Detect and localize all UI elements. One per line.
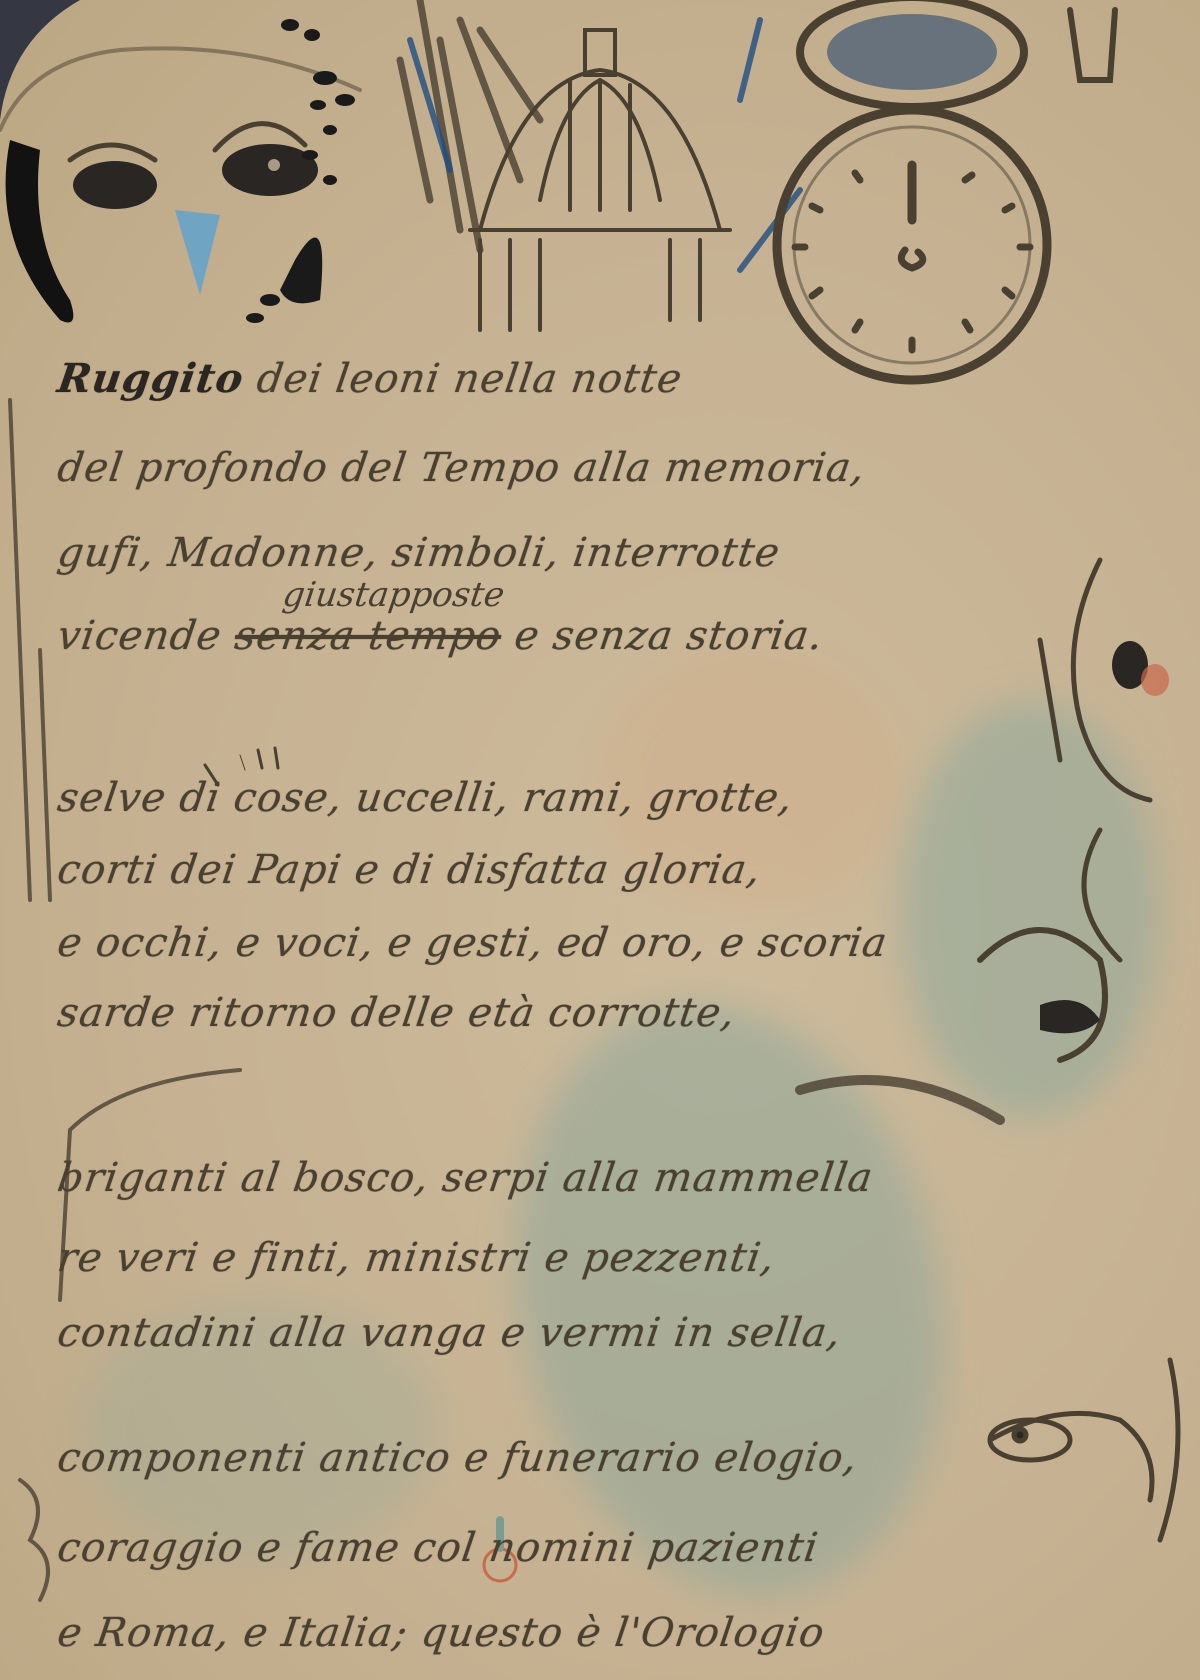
poem-line-4: vicende senza tempo e senza storia. bbox=[55, 613, 827, 659]
poem-line-5: selve di cose, uccelli, rami, grotte, bbox=[55, 775, 796, 821]
poem-line-1: Ruggito dei leoni nella notte bbox=[55, 355, 686, 402]
poem-line-14: e Roma, e Italia; questo è l'Orologio bbox=[55, 1610, 828, 1656]
grotesque-face-icon bbox=[800, 560, 1169, 1120]
illustrations bbox=[0, 0, 1200, 1680]
owl-face-icon bbox=[0, 0, 360, 323]
poem-line-6: corti dei Papi e di disfatta gloria, bbox=[55, 847, 764, 893]
poem-title-word: Ruggito bbox=[55, 355, 247, 402]
poem-line-11: contadini alla vanga e vermi in sella, bbox=[55, 1310, 845, 1356]
poem-line-3: gufi, Madonne, simboli, interrotte bbox=[55, 530, 783, 576]
poem-line-12: componenti antico e funerario elogio, bbox=[55, 1435, 861, 1481]
poem-insertion: giustapposte bbox=[280, 575, 507, 615]
poem-line-10: re veri e finti, ministri e pezzenti, bbox=[55, 1235, 778, 1281]
hatching bbox=[400, 0, 540, 250]
snake-head-icon bbox=[990, 1360, 1178, 1540]
poem-line-9: briganti al bosco, serpi alla mammella bbox=[55, 1155, 876, 1201]
poem-line-13: coraggio e fame col nomini pazienti bbox=[55, 1525, 822, 1571]
manuscript-page: Ruggito dei leoni nella notte del profon… bbox=[0, 0, 1200, 1680]
poem-line-8: sarde ritorno delle età corrotte, bbox=[55, 990, 739, 1036]
poem-line-7: e occhi, e voci, e gesti, ed oro, e scor… bbox=[55, 920, 891, 966]
struck-text: senza tempo bbox=[232, 613, 504, 659]
pocket-watch-icon bbox=[777, 0, 1115, 380]
poem-line-2: del profondo del Tempo alla memoria, bbox=[55, 445, 869, 491]
